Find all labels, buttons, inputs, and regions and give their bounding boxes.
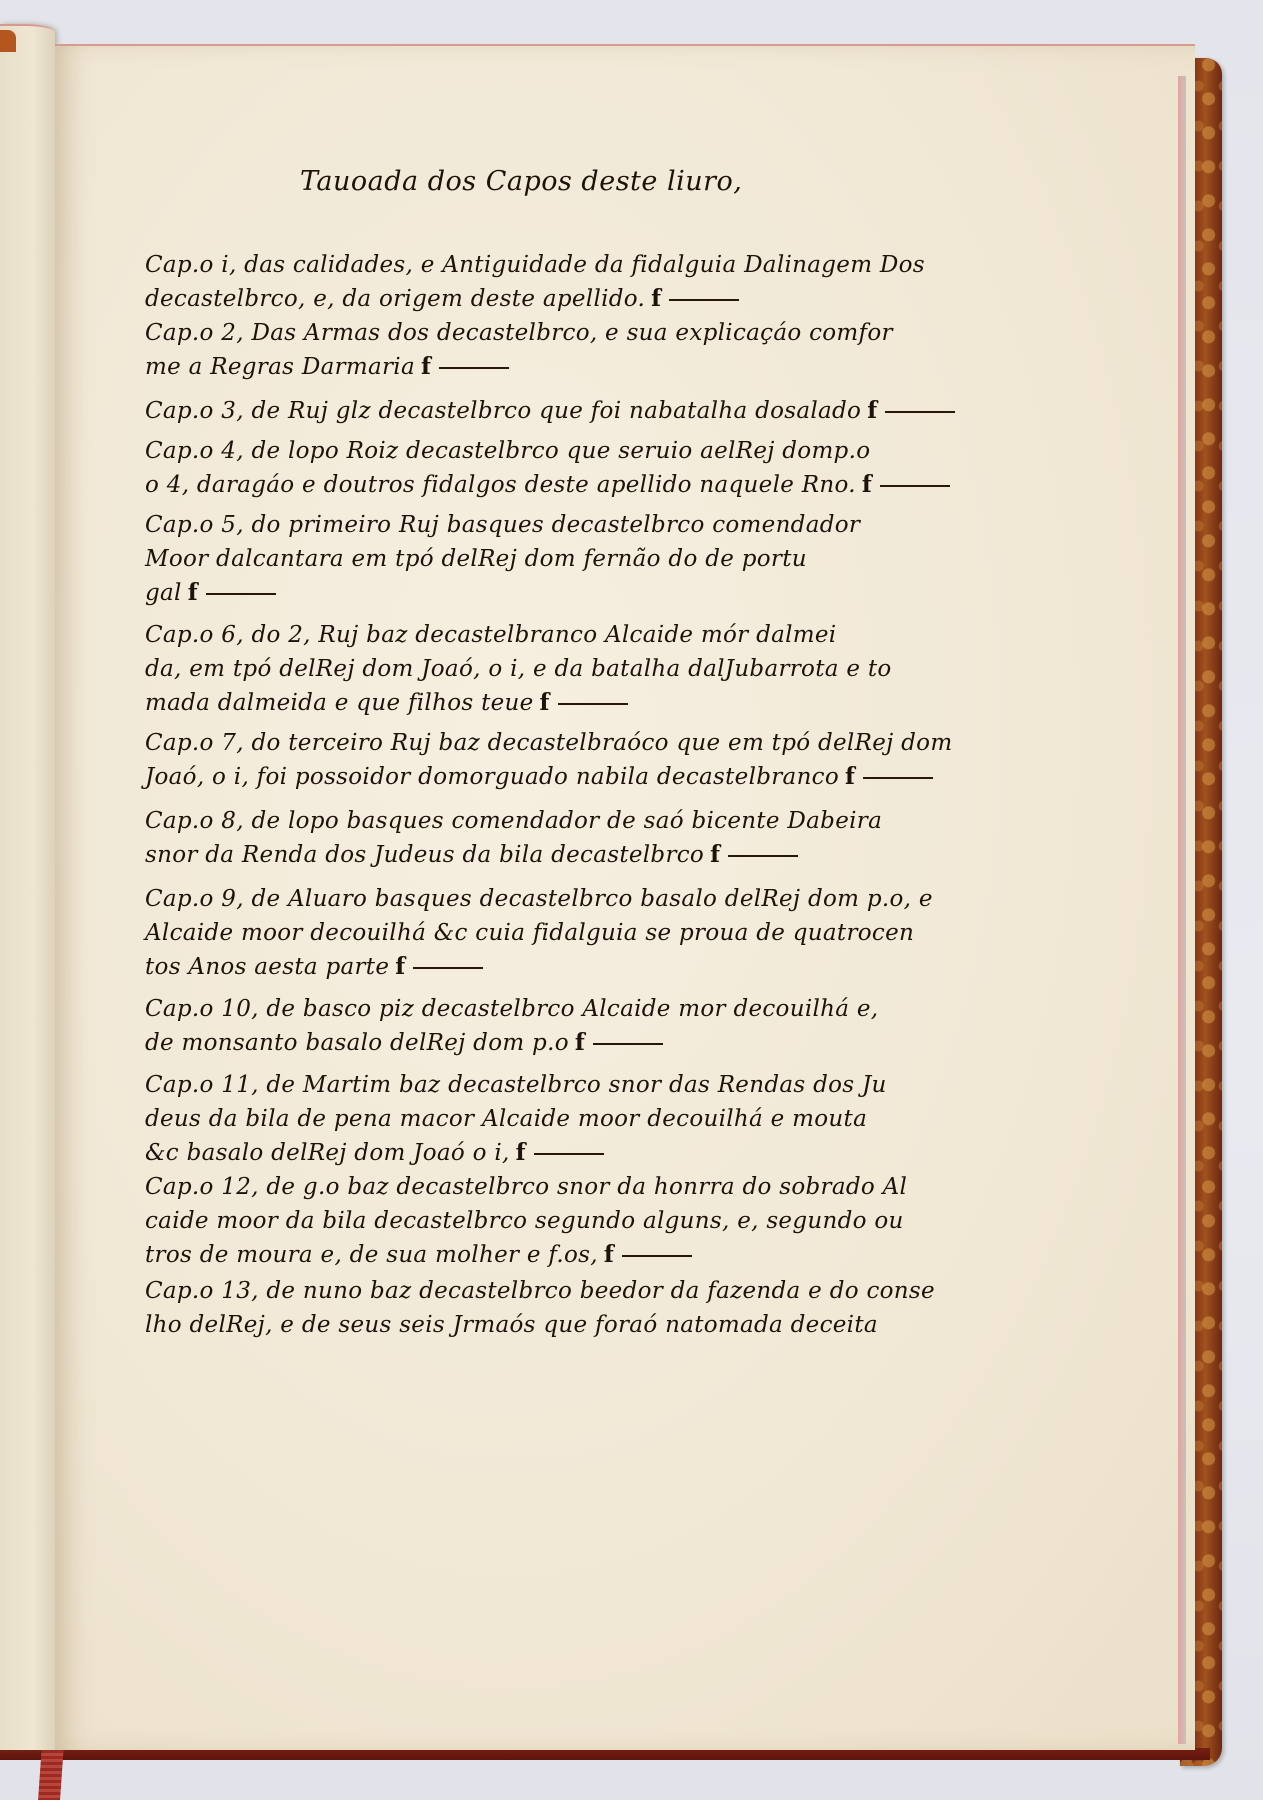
toc-entry-12: Cap.o 12, de g.o baz decastelbrco snor d… — [145, 1170, 1075, 1272]
toc-line: Cap.o 13, de nuno baz decastelbrco beedo… — [145, 1274, 1075, 1308]
line-end-flourish — [885, 411, 955, 413]
toc-line: deus da bila de pena macor Alcaide moor … — [145, 1102, 1075, 1136]
toc-line: &c basalo delRej dom Joaó o i,f — [145, 1136, 1075, 1170]
line-end-flourish — [439, 367, 509, 369]
verso-page-edge — [0, 24, 55, 1750]
toc-line: Cap.o 2, Das Armas dos decastelbrco, e s… — [145, 316, 1075, 350]
toc-line: galf — [145, 576, 1075, 610]
toc-entry-8: Cap.o 8, de lopo basques comendador de s… — [145, 804, 1075, 872]
toc-line: decastelbrco, e, da origem deste apellid… — [145, 282, 1075, 316]
toc-line: Joaó, o i, foi possoidor domorguado nabi… — [145, 760, 1075, 794]
toc-line: Cap.o 8, de lopo basques comendador de s… — [145, 804, 1075, 838]
toc-line: caide moor da bila decastelbrco segundo … — [145, 1204, 1075, 1238]
toc-entry-3: Cap.o 3, de Ruj glz decastelbrco que foi… — [145, 394, 1075, 428]
toc-line: lho delRej, e de seus seis Jrmaós que fo… — [145, 1308, 1075, 1342]
toc-line: Cap.o 11, de Martim baz decastelbrco sno… — [145, 1068, 1075, 1102]
toc-line: Cap.o i, das calidades, e Antiguidade da… — [145, 248, 1075, 282]
line-end-flourish — [880, 485, 950, 487]
toc-entry-10: Cap.o 10, de basco piz decastelbrco Alca… — [145, 992, 1075, 1060]
toc-entry-9: Cap.o 9, de Aluaro basques decastelbrco … — [145, 882, 1075, 984]
toc-line: Cap.o 6, do 2, Ruj baz decastelbranco Al… — [145, 618, 1075, 652]
toc-line: Cap.o 7, do terceiro Ruj baz decastelbra… — [145, 726, 1075, 760]
line-end-flourish — [593, 1043, 663, 1045]
toc-line: da, em tpó delRej dom Joaó, o i, e da ba… — [145, 652, 1075, 686]
toc-line: tros de moura e, de sua molher e f.os,f — [145, 1238, 1075, 1272]
page-fore-edge — [1178, 76, 1186, 1744]
page-title: Tauoada dos Capos deste liuro, — [300, 166, 742, 197]
line-end-flourish — [669, 299, 739, 301]
bookmark-ribbon — [38, 1744, 64, 1800]
toc-line: Cap.o 5, do primeiro Ruj basques decaste… — [145, 508, 1075, 542]
toc-line: tos Anos aesta partef — [145, 950, 1075, 984]
toc-line: Cap.o 3, de Ruj glz decastelbrco que foi… — [145, 394, 1075, 428]
toc-line: Cap.o 12, de g.o baz decastelbrco snor d… — [145, 1170, 1075, 1204]
toc-line: snor da Renda dos Judeus da bila decaste… — [145, 838, 1075, 872]
line-end-flourish — [206, 593, 276, 595]
toc-entry-1: Cap.o i, das calidades, e Antiguidade da… — [145, 248, 1075, 316]
toc-entry-13: Cap.o 13, de nuno baz decastelbrco beedo… — [145, 1274, 1075, 1342]
toc-line: Cap.o 10, de basco piz decastelbrco Alca… — [145, 992, 1075, 1026]
toc-entry-5: Cap.o 5, do primeiro Ruj basques decaste… — [145, 508, 1075, 610]
toc-line: de monsanto basalo delRej dom p.of — [145, 1026, 1075, 1060]
toc-entry-4: Cap.o 4, de lopo Roiz decastelbrco que s… — [145, 434, 1075, 502]
toc-entry-11: Cap.o 11, de Martim baz decastelbrco sno… — [145, 1068, 1075, 1170]
line-end-flourish — [622, 1255, 692, 1257]
toc-entry-6: Cap.o 6, do 2, Ruj baz decastelbranco Al… — [145, 618, 1075, 720]
toc-entry-7: Cap.o 7, do terceiro Ruj baz decastelbra… — [145, 726, 1075, 794]
left-page-tab — [0, 30, 16, 52]
line-end-flourish — [728, 855, 798, 857]
toc-line: Cap.o 4, de lopo Roiz decastelbrco que s… — [145, 434, 1075, 468]
toc-line: o 4, daragáo e doutros fidalgos deste ap… — [145, 468, 1075, 502]
toc-line: Alcaide moor decouilhá &c cuia fidalguia… — [145, 916, 1075, 950]
line-end-flourish — [558, 703, 628, 705]
toc-line: mada dalmeida e que filhos teuef — [145, 686, 1075, 720]
toc-line: Cap.o 9, de Aluaro basques decastelbrco … — [145, 882, 1075, 916]
line-end-flourish — [413, 967, 483, 969]
toc-entry-2: Cap.o 2, Das Armas dos decastelbrco, e s… — [145, 316, 1075, 384]
line-end-flourish — [863, 777, 933, 779]
line-end-flourish — [534, 1153, 604, 1155]
toc-line: Moor dalcantara em tpó delRej dom fernão… — [145, 542, 1075, 576]
toc-line: me a Regras Darmariaf — [145, 350, 1075, 384]
